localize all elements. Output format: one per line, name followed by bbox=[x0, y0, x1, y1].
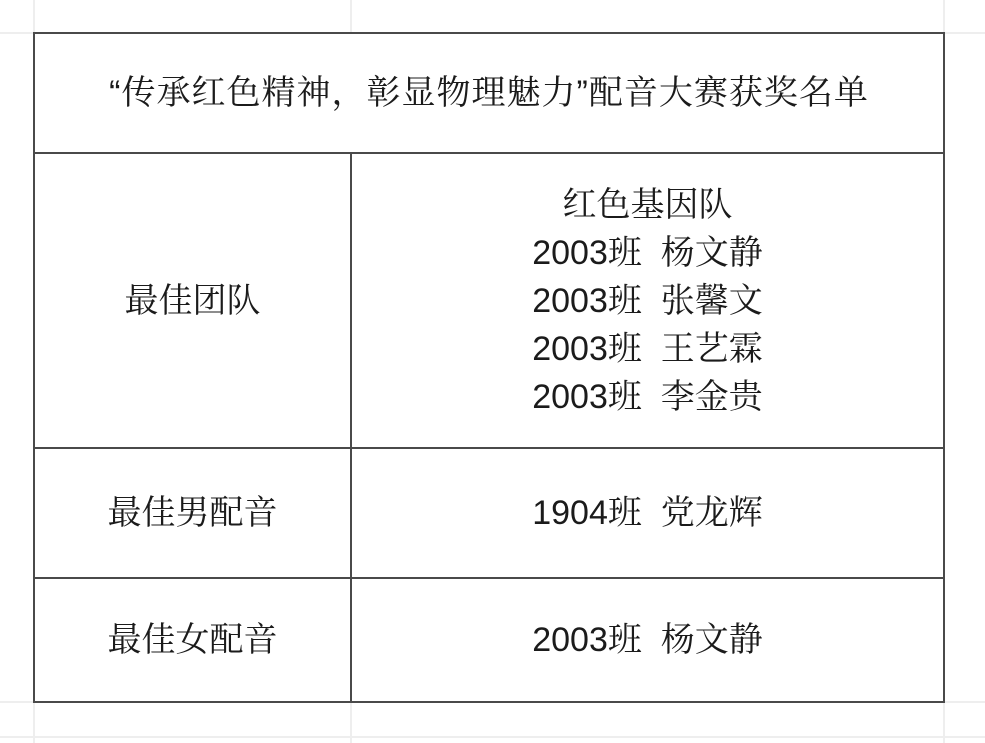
category-cell-best-male-voice: 最佳男配音 bbox=[35, 449, 352, 579]
category-label-best-male-voice: 最佳男配音 bbox=[108, 489, 278, 537]
winners-cell-best-female-voice: 2003班 杨文静 bbox=[352, 579, 943, 701]
winner-member-3: 2003班 王艺霖 bbox=[532, 325, 763, 373]
winners-cell-best-team: 红色基因队 2003班 杨文静 2003班 张馨文 2003班 王艺霖 2003… bbox=[352, 154, 943, 449]
winner-best-male-voice: 1904班 党龙辉 bbox=[532, 489, 763, 537]
gridline-horizontal-footer bbox=[0, 736, 985, 738]
category-label-best-team: 最佳团队 bbox=[125, 277, 261, 325]
winner-member-2: 2003班 张馨文 bbox=[532, 277, 763, 325]
winner-member-4: 2003班 李金贵 bbox=[532, 373, 763, 421]
winner-team-name: 红色基因队 bbox=[563, 181, 733, 229]
award-table: “传承红色精神，彰显物理魅力”配音大赛获奖名单 最佳团队 红色基因队 2003班… bbox=[33, 32, 945, 703]
table-title-cell: “传承红色精神，彰显物理魅力”配音大赛获奖名单 bbox=[35, 34, 943, 154]
winners-cell-best-male-voice: 1904班 党龙辉 bbox=[352, 449, 943, 579]
winner-best-female-voice: 2003班 杨文静 bbox=[532, 616, 763, 664]
category-cell-best-team: 最佳团队 bbox=[35, 154, 352, 449]
spreadsheet-canvas: “传承红色精神，彰显物理魅力”配音大赛获奖名单 最佳团队 红色基因队 2003班… bbox=[0, 0, 985, 743]
table-title: “传承红色精神，彰显物理魅力”配音大赛获奖名单 bbox=[109, 69, 869, 117]
category-cell-best-female-voice: 最佳女配音 bbox=[35, 579, 352, 701]
winner-member-1: 2003班 杨文静 bbox=[532, 229, 763, 277]
category-label-best-female-voice: 最佳女配音 bbox=[108, 616, 278, 664]
